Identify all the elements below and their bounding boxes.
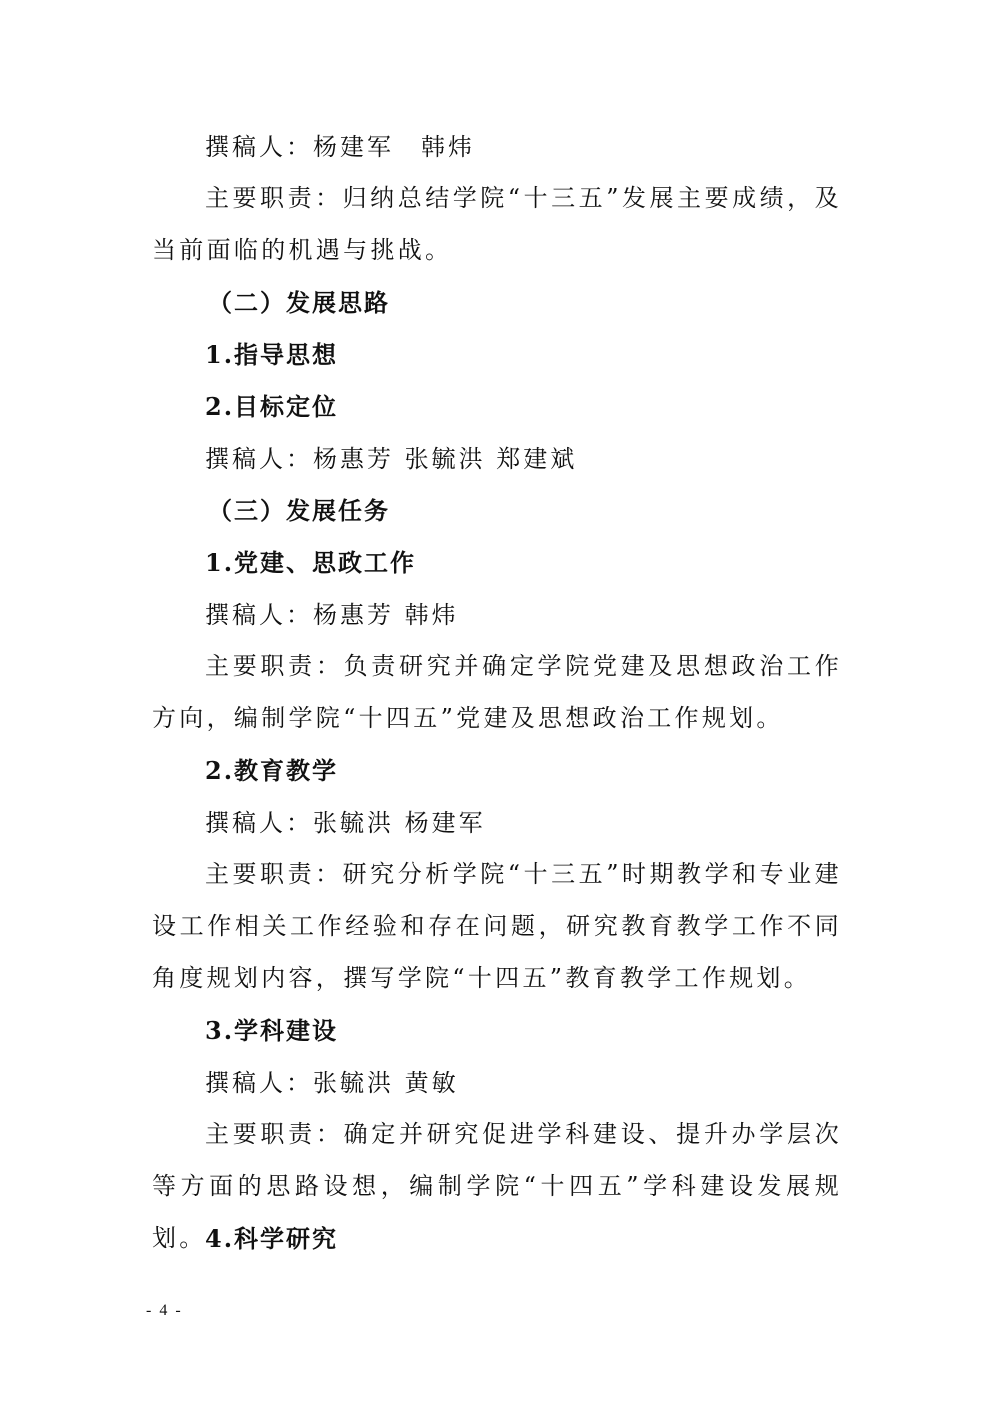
section-heading-development-ideas: （二）发展思路	[208, 288, 908, 318]
subsection-heading-discipline-construction: 3.学科建设	[205, 1016, 905, 1046]
subsection-heading-education-teaching: 2.教育教学	[205, 756, 905, 786]
document-page: 撰稿人：杨建军 韩炜 主要职责：归纳总结学院“十三五”发展主要成绩，及当前面临的…	[0, 0, 992, 1403]
author-line: 撰稿人：张毓洪 黄敏	[205, 1068, 905, 1098]
duty-paragraph: 主要职责：负责研究并确定学院党建及思想政治工作方向，编制学院“十四五”党建及思想…	[152, 640, 842, 744]
section-heading-development-tasks: （三）发展任务	[208, 496, 908, 526]
subsection-heading-goal-positioning: 2.目标定位	[205, 392, 905, 422]
duty-paragraph: 主要职责：归纳总结学院“十三五”发展主要成绩，及当前面临的机遇与挑战。	[152, 172, 842, 276]
author-line: 撰稿人：杨惠芳 张毓洪 郑建斌	[205, 444, 905, 474]
subsection-heading-scientific-research: 4.科学研究	[205, 1224, 905, 1254]
subsection-heading-guiding-ideology: 1.指导思想	[205, 340, 905, 370]
author-line: 撰稿人：杨惠芳 韩炜	[205, 600, 905, 630]
author-line: 撰稿人：张毓洪 杨建军	[205, 808, 905, 838]
page-number: - 4 -	[146, 1302, 183, 1320]
author-line: 撰稿人：杨建军 韩炜	[205, 132, 905, 162]
subsection-heading-party-building: 1.党建、思政工作	[205, 548, 905, 578]
duty-paragraph: 主要职责：研究分析学院“十三五”时期教学和专业建设工作相关工作经验和存在问题，研…	[152, 848, 842, 1004]
